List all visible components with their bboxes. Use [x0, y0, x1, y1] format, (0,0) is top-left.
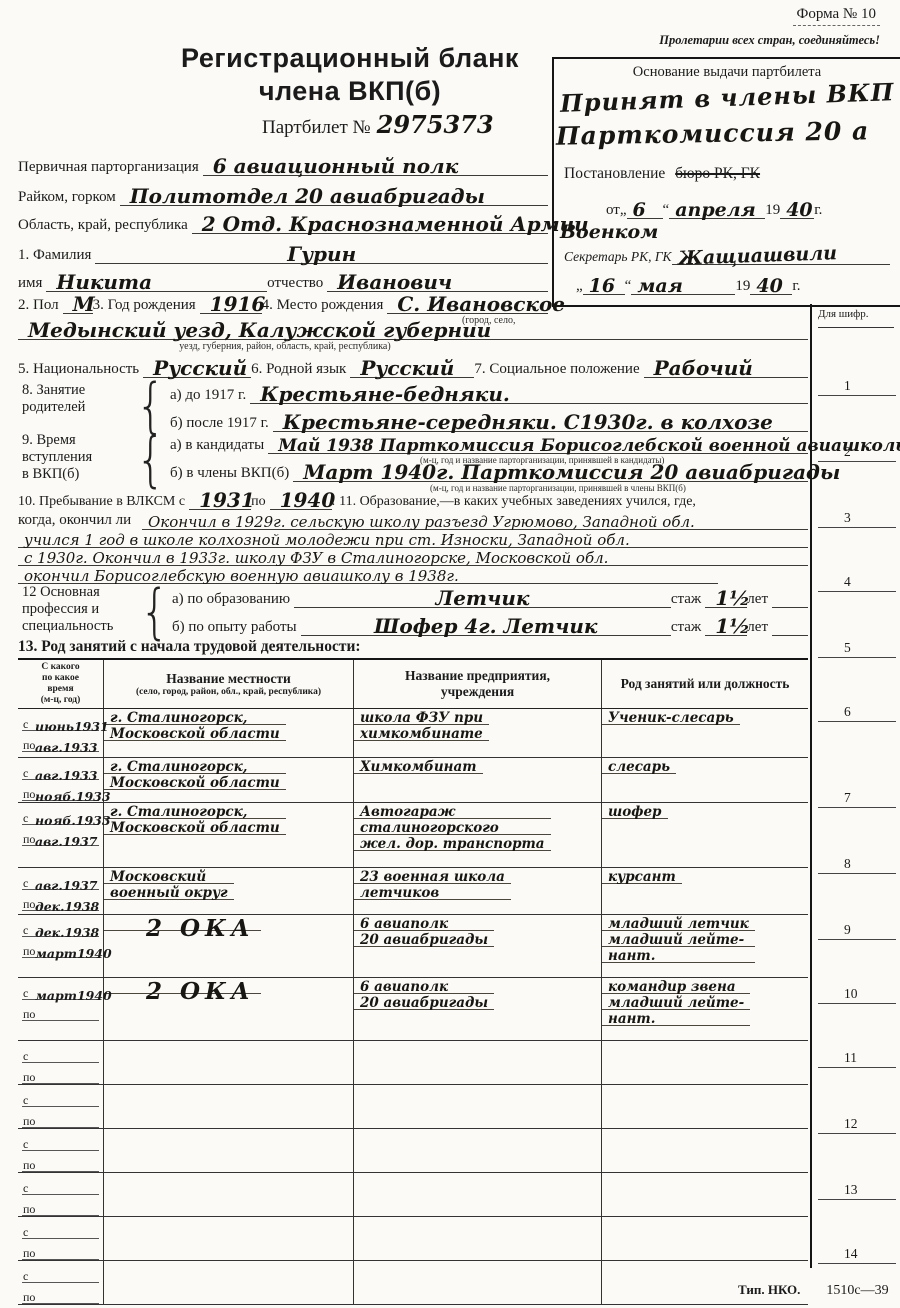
social-value: Рабочий [644, 356, 753, 380]
table-row: с по [18, 1173, 808, 1217]
field-entry-a: а) в кандидаты Май 1938 Парткомиссия Бор… [170, 432, 808, 454]
table-row: с авг.1933 по нояб.1933 г. Сталиногорск,… [18, 758, 808, 803]
ot-label: от [606, 202, 620, 219]
education-field-2: учился 1 год в школе колхозной молодежи … [18, 528, 808, 548]
cell-role: шофер [602, 803, 808, 867]
parents-b-label: б) после 1917 г. [170, 415, 273, 432]
education-line-1: Окончил в 1929г. сельскую школу разъезд … [142, 510, 808, 530]
cipher-number: 2 [818, 444, 896, 462]
place-value [104, 1097, 116, 1098]
to-date: нояб.1933 [35, 789, 111, 804]
from-line: с [22, 1262, 99, 1283]
cell-period: с авг.1933 по нояб.1933 [18, 758, 104, 802]
sex-field: М [63, 291, 93, 314]
year-suffix: г. [792, 278, 800, 295]
empty-field [772, 635, 808, 636]
social-label: 7. Социальное положение [474, 361, 643, 378]
cipher-number: 7 [818, 790, 896, 808]
cell-role: курсант [602, 868, 808, 914]
field-parents-a: а) до 1917 г. Крестьяне-бедняки. [170, 382, 808, 404]
komsomol-from: 1931 [189, 488, 255, 512]
s-label: с [23, 1269, 28, 1284]
issue-month-field: мая [631, 272, 735, 295]
language-value: Русский [350, 356, 454, 380]
birth-place2-value: Медынский уезд, Калужской губернии [18, 318, 491, 342]
birth-year-field: 1916 [200, 291, 262, 314]
field-birth-place2: Медынский уезд, Калужской губернии [18, 314, 808, 340]
from-line: с дек.1938 [22, 916, 99, 937]
place-value [104, 1141, 116, 1142]
page-title: Регистрационный бланк члена ВКП(б) [130, 42, 570, 108]
entry-a-value: Май 1938 Парткомиссия Борисоглебской вое… [268, 436, 900, 456]
education-line-2: учился 1 год в школе колхозной молодежи … [18, 528, 808, 548]
place-value: г. Сталиногорск, Московской области [104, 758, 286, 791]
surname-label: 1. Фамилия [18, 247, 95, 264]
cell-role [602, 1041, 808, 1084]
education-field-4: окончил Борисоглебскую военную авиашколу… [18, 564, 718, 584]
entry-b-value: Март 1940г. Парткомиссия 20 авиабригады [293, 460, 840, 484]
po-label: по [23, 944, 35, 959]
cell-period: с по [18, 1041, 104, 1084]
to-line: по [22, 1000, 99, 1021]
po-label: по [23, 1007, 35, 1022]
to-line: по авг.1937 [22, 825, 99, 846]
cell-period: с по [18, 1129, 104, 1172]
issue-year-field: 40 [750, 272, 792, 295]
parents-a-label: а) до 1917 г. [170, 387, 250, 404]
cipher-number: 3 [818, 510, 896, 528]
place-value: г. Сталиногорск, Московской области [104, 803, 286, 836]
field-komsomol-education: 10. Пребывание в ВЛКСМ с 1931 по 1940 . … [18, 488, 808, 510]
cell-period: с авг.1937 по дек.1938 [18, 868, 104, 914]
profession-b-years-field: 1½ [705, 613, 747, 636]
cell-organization: 6 авиаполк 20 авиабригады [354, 978, 602, 1040]
s-label: с [23, 923, 28, 938]
raikom-field: Политотдел 20 авиабригады [120, 183, 548, 206]
party-card-number: 2975373 [371, 110, 494, 139]
from-line: с [22, 1130, 99, 1151]
issue-basis-box: Основание выдачи партбилета Принят в чле… [552, 57, 900, 307]
cell-place [104, 1041, 354, 1084]
profession-a-value: Летчик [436, 586, 530, 610]
to-line: по авг.1933 [22, 731, 99, 752]
place-value [104, 1053, 116, 1054]
stazh-label: стаж [671, 591, 705, 608]
field-profession-a: а) по образованию Летчик стаж 1½ лет [172, 584, 808, 608]
patronymic-field: Иванович [327, 269, 548, 292]
table-row: с по [18, 1217, 808, 1261]
role-value: курсант [602, 868, 682, 885]
from-line: с [22, 1174, 99, 1195]
language-field: Русский [350, 355, 474, 378]
s-label: с [23, 811, 28, 826]
cell-organization: 23 военная школа летчиков [354, 868, 602, 914]
header-period: С какого по какое время (м-ц, год) [18, 660, 104, 708]
primary-org-label: Первичная парторганизация [18, 159, 203, 176]
work-history-table: С какого по какое время (м-ц, год) Назва… [18, 658, 808, 1305]
issue-basis-handwritten-1: Принят в члены ВКП [560, 77, 895, 118]
s-label: с [23, 876, 28, 891]
party-card-label: Партбилет № [262, 117, 371, 139]
sex-label: 2. Пол [18, 297, 63, 314]
role-value [602, 1229, 614, 1230]
education-label: 11. Образование,—в каких учебных заведен… [339, 494, 700, 510]
education-field-1: Окончил в 1929г. сельскую школу разъезд … [142, 510, 808, 530]
name-field: Никита [46, 269, 267, 292]
language-label: 6. Родной язык [251, 361, 350, 378]
cipher-number: 6 [818, 704, 896, 722]
header-organization: Название предприятия, учреждения [354, 660, 602, 708]
po-label: по [23, 1114, 35, 1129]
cell-organization [354, 1173, 602, 1216]
issue-date-line: „ 16 “ мая 19 40 г. [576, 271, 801, 295]
table-row: с по [18, 1261, 808, 1305]
issue-basis-handwritten-2: Парткомиссия 20 а [556, 116, 870, 150]
to-line: по [22, 1107, 99, 1128]
primary-org-value: 6 авиационный полк [203, 154, 459, 178]
field-primary-org: Первичная парторганизация 6 авиационный … [18, 150, 548, 176]
cell-organization: Химкомбинат [354, 758, 602, 802]
to-line: по [22, 1195, 99, 1216]
social-field: Рабочий [644, 355, 808, 378]
s-label: с [23, 1049, 28, 1064]
place-value [104, 1185, 116, 1186]
resolution-label: Постановление [564, 165, 665, 182]
birth-place-label: 4. Место рождения [262, 297, 388, 314]
cell-role [602, 1085, 808, 1128]
s-label: с [23, 986, 28, 1001]
organization-value: 23 военная школа летчиков [354, 868, 511, 901]
to-line: по [22, 1239, 99, 1260]
field-surname: 1. Фамилия Гурин [18, 238, 548, 264]
cell-period: с нояб.1933 по авг.1937 [18, 803, 104, 867]
entry-a-label: а) в кандидаты [170, 437, 268, 454]
stazh-label: стаж [671, 619, 705, 636]
organization-value [354, 1185, 366, 1186]
entry-b-label: б) в члены ВКП(б) [170, 465, 293, 482]
region-label: Область, край, республика [18, 217, 192, 234]
parents-label: 8. Занятие родителей [22, 382, 85, 416]
role-value: командир звена младший лейте- нант. [602, 978, 750, 1027]
organization-value: 6 авиаполк 20 авиабригады [354, 915, 494, 948]
from-line: с [22, 1042, 99, 1063]
cell-role: младший летчик младший лейте- нант. [602, 915, 808, 977]
profession-a-label: а) по образованию [172, 591, 294, 608]
from-line: с авг.1937 [22, 869, 99, 890]
profession-a-years-field: 1½ [705, 585, 747, 608]
organization-value [354, 1273, 366, 1274]
place-value: 2 ОКА [104, 978, 261, 1005]
cell-organization: Автогараж сталиногорского жел. дор. тран… [354, 803, 602, 867]
role-value [602, 1097, 614, 1098]
secretary-line: Секретарь РК, ГК Жащиашвили [564, 243, 890, 265]
brace: { [140, 576, 169, 646]
header-locality-title: Название местности [166, 671, 291, 687]
s-label: с [23, 1181, 28, 1196]
po-label: по [23, 787, 35, 802]
cell-place [104, 1129, 354, 1172]
field-region: Область, край, республика 2 Отд. Красноз… [18, 208, 548, 234]
profession-b-field: Шофер 4г. Летчик [301, 613, 671, 636]
role-value: Ученик-слесарь [602, 709, 740, 726]
cell-role: командир звена младший лейте- нант. [602, 978, 808, 1040]
from-line: с март1940 [22, 979, 99, 1000]
education-value-4: окончил Борисоглебскую военную авиашколу… [18, 567, 459, 585]
field-sex-birth: 2. Пол М 3. Год рождения 1916 4. Место р… [18, 290, 548, 314]
profession-a-years: 1½ [705, 586, 750, 610]
cipher-number: 11 [818, 1050, 896, 1068]
po-label: по [23, 1070, 35, 1085]
cell-role: слесарь [602, 758, 808, 802]
field-entry-b: б) в члены ВКП(б) Март 1940г. Парткомисс… [170, 460, 808, 482]
cell-place: г. Сталиногорск, Московской области [104, 709, 354, 757]
cipher-number: 14 [818, 1246, 896, 1264]
to-line: по нояб.1933 [22, 780, 99, 801]
region-field: 2 Отд. Краснознаменной Армии [192, 211, 548, 234]
cell-place: г. Сталиногорск, Московской области [104, 803, 354, 867]
to-date: авг.1937 [35, 834, 97, 849]
profession-b-label: б) по опыту работы [172, 619, 301, 636]
cipher-number: 4 [818, 574, 896, 592]
year-prefix: 19 [735, 278, 750, 295]
birth-year-value: 1916 [200, 292, 266, 316]
organization-value: 6 авиаполк 20 авиабригады [354, 978, 494, 1011]
to-line: по [22, 1283, 99, 1304]
cipher-number: 13 [818, 1182, 896, 1200]
issue-year: 40 [750, 275, 782, 297]
cell-organization [354, 1041, 602, 1084]
table-body: с июнь1931 по авг.1933 г. Сталиногорск, … [18, 709, 808, 1305]
nationality-label: 5. Национальность [18, 361, 143, 378]
empty-field [772, 607, 808, 608]
birth-place-value: С. Ивановское [387, 292, 565, 316]
raikom-label: Райком, горком [18, 189, 120, 206]
from-line: с июнь1931 [22, 710, 99, 731]
cipher-number: 9 [818, 922, 896, 940]
role-value [602, 1141, 614, 1142]
header-locality: Название местности (село, город, район, … [104, 660, 354, 708]
birth-place2-hint: уезд, губерния, район, область, край, ре… [75, 341, 495, 352]
cell-place [104, 1173, 354, 1216]
birth-place2-field: Медынский уезд, Калужской губернии [18, 317, 808, 340]
place-value [104, 1273, 116, 1274]
cell-period: с по [18, 1085, 104, 1128]
entry-label: 9. Время вступления в ВКП(б) [22, 432, 92, 483]
cell-organization [354, 1217, 602, 1260]
footer: Тип. НКО. 1510с—39 [738, 1282, 889, 1299]
cell-role: Ученик-слесарь [602, 709, 808, 757]
from-line: с [22, 1218, 99, 1239]
profession-label: 12 Основная профессия и специальность [22, 584, 113, 635]
role-value: шофер [602, 803, 668, 820]
po-label: по [23, 1290, 35, 1305]
birth-year-label: 3. Год рождения [93, 297, 200, 314]
resolution-day: 6 [627, 199, 646, 221]
from-line: с [22, 1086, 99, 1107]
year-suffix: г. [814, 202, 822, 219]
cell-place [104, 1261, 354, 1304]
issue-day: 16 [583, 275, 615, 297]
komsomol-from-field: 1931 [189, 487, 251, 510]
organization-value [354, 1229, 366, 1230]
table-row: с июнь1931 по авг.1933 г. Сталиногорск, … [18, 709, 808, 758]
field-raikom: Райком, горком Политотдел 20 авиабригады [18, 180, 548, 206]
from-line: с нояб.1933 [22, 804, 99, 825]
cell-period: с по [18, 1173, 104, 1216]
cipher-column: Для шифр. 1234567891011121314 [810, 304, 900, 1268]
from-line: с авг.1933 [22, 759, 99, 780]
cell-period: с по [18, 1261, 104, 1304]
cell-organization: школа ФЗУ при химкомбинате [354, 709, 602, 757]
sex-value: М [63, 292, 95, 316]
s-label: с [23, 1137, 28, 1152]
to-line: по дек.1938 [22, 890, 99, 911]
raikom-value: Политотдел 20 авиабригады [120, 184, 485, 208]
education-line-4: окончил Борисоглебскую военную авиашколу… [18, 564, 718, 584]
table-header: С какого по какое время (м-ц, год) Назва… [18, 660, 808, 709]
profession-b-value: Шофер 4г. Летчик [374, 614, 597, 638]
secretary-signature-field: Жащиашвили [672, 242, 890, 265]
issue-day-field: 16 [583, 272, 625, 295]
table-row: с по [18, 1085, 808, 1129]
field-parents-b: б) после 1917 г. Крестьяне-середняки. С1… [170, 410, 808, 432]
education-field-3: с 1930г. Окончил в 1933г. школу ФЗУ в Ст… [18, 546, 808, 566]
cell-organization [354, 1085, 602, 1128]
to-date: март1940 [35, 946, 112, 961]
to-date: авг.1933 [35, 740, 97, 755]
role-value: слесарь [602, 758, 676, 775]
cipher-heading: Для шифр. [818, 308, 894, 328]
cipher-number: 8 [818, 856, 896, 874]
resolution-month-field: апреля [669, 196, 765, 219]
parents-a-field: Крестьяне-бедняки. [250, 381, 808, 404]
komsomol-to-field: 1940 [270, 487, 332, 510]
field-name-patronymic: имя Никита отчество Иванович [18, 266, 548, 292]
po-label: по [23, 1246, 35, 1261]
print-shop: Тип. НКО. [738, 1282, 800, 1298]
s-label: с [23, 766, 28, 781]
surname-value: Гурин [287, 242, 356, 266]
table-row: с нояб.1933 по авг.1937 г. Сталиногорск,… [18, 803, 808, 868]
s-label: с [23, 1225, 28, 1240]
print-code: 1510с—39 [826, 1283, 888, 1299]
resolution-month: апреля [669, 199, 756, 221]
let-label: лет [747, 591, 772, 608]
resolution-year-field: 40 [780, 196, 814, 219]
cell-role [602, 1173, 808, 1216]
place-value: 2 ОКА [104, 915, 261, 942]
organization-value [354, 1097, 366, 1098]
s-label: с [23, 1093, 28, 1108]
to-line: по [22, 1151, 99, 1172]
resolution-year: 40 [780, 199, 812, 221]
table-row: с по [18, 1041, 808, 1085]
cell-place: Московский военный округ [104, 868, 354, 914]
organization-value: школа ФЗУ при химкомбинате [354, 709, 489, 742]
po-label: по [23, 832, 35, 847]
table-row: с дек.1938 по март1940 2 ОКА 6 авиаполк … [18, 915, 808, 978]
registration-form-page: Форма № 10 Пролетарии всех стран, соедин… [0, 0, 900, 1308]
place-value [104, 1229, 116, 1230]
section13-title: 13. Род занятий с начала трудовой деятел… [18, 638, 361, 656]
education-label2: когда, окончил ли [18, 512, 131, 529]
resolution-line: Постановление бюро РК, ГК [564, 165, 760, 183]
po-label: по [23, 738, 35, 753]
table-row: с по [18, 1129, 808, 1173]
cell-role [602, 1217, 808, 1260]
cell-place: 2 ОКА [104, 915, 354, 977]
brace: { [136, 424, 165, 494]
cell-period: с март1940 по [18, 978, 104, 1040]
role-value: младший летчик младший лейте- нант. [602, 915, 755, 964]
parents-b-field: Крестьяне-середняки. С1930г. в колхозе [273, 409, 808, 432]
education-line-3: с 1930г. Окончил в 1933г. школу ФЗУ в Ст… [18, 546, 808, 566]
organization-value: Автогараж сталиногорского жел. дор. тран… [354, 803, 551, 852]
entry-b-field: Март 1940г. Парткомиссия 20 авиабригады [293, 459, 808, 482]
birth-place-field: С. Ивановское [387, 291, 548, 314]
po-label: по [23, 1202, 35, 1217]
profession-b-years: 1½ [705, 614, 750, 638]
open-quote: „ [576, 278, 583, 295]
place-value: г. Сталиногорск, Московской области [104, 709, 286, 742]
resolution-day-field: 6 [627, 196, 663, 219]
let-label: лет [747, 619, 772, 636]
role-value [602, 1273, 614, 1274]
cell-organization: 6 авиаполк 20 авиабригады [354, 915, 602, 977]
table-row: с март1940 по 2 ОКА 6 авиаполк 20 авиабр… [18, 978, 808, 1041]
cell-period: с июнь1931 по авг.1933 [18, 709, 104, 757]
organization-value [354, 1141, 366, 1142]
slogan: Пролетарии всех стран, соединяйтесь! [659, 33, 880, 48]
primary-org-field: 6 авиационный полк [203, 153, 548, 176]
place-value: Московский военный округ [104, 868, 234, 901]
to-line: по март1940 [22, 937, 99, 958]
to-date: дек.1938 [35, 899, 99, 914]
cipher-number: 5 [818, 640, 896, 658]
header-role: Род занятий или должность [602, 660, 808, 708]
resolution-struck-text: бюро РК, ГК [669, 165, 760, 182]
year-prefix: 19 [765, 202, 780, 219]
role-value [602, 1185, 614, 1186]
title-line1: Регистрационный бланк [130, 42, 570, 75]
cell-period: с по [18, 1217, 104, 1260]
komsomol-to: 1940 [270, 488, 336, 512]
komsomol-label: 10. Пребывание в ВЛКСМ с [18, 494, 189, 510]
cell-place [104, 1217, 354, 1260]
s-label: с [23, 717, 28, 732]
form-number: Форма № 10 [793, 6, 880, 26]
secretary-signature: Жащиашвили [671, 242, 837, 270]
surname-field: Гурин [95, 241, 548, 264]
open-quote: „ [620, 202, 627, 219]
header-locality-hint: (село, город, район, обл., край, республ… [136, 687, 321, 698]
issue-month: мая [631, 275, 683, 297]
cell-organization [354, 1261, 602, 1304]
resolution-date-line: от „ 6 “ апреля 19 40 г. [606, 195, 822, 219]
cell-role [602, 1129, 808, 1172]
to-line: по [22, 1063, 99, 1084]
table-row: с авг.1937 по дек.1938 Московский военны… [18, 868, 808, 915]
region-value: 2 Отд. Краснознаменной Армии [192, 212, 589, 236]
cell-period: с дек.1938 по март1940 [18, 915, 104, 977]
field-profession-b: б) по опыту работы Шофер 4г. Летчик стаж… [172, 612, 808, 636]
entry-a-field: Май 1938 Парткомиссия Борисоглебской вое… [268, 433, 808, 454]
cipher-number: 12 [818, 1116, 896, 1134]
organization-value [354, 1053, 366, 1054]
parents-a-value: Крестьяне-бедняки. [250, 382, 510, 406]
secretary-label: Секретарь РК, ГК [564, 249, 672, 265]
parents-b-value: Крестьяне-середняки. С1930г. в колхозе [273, 410, 773, 434]
